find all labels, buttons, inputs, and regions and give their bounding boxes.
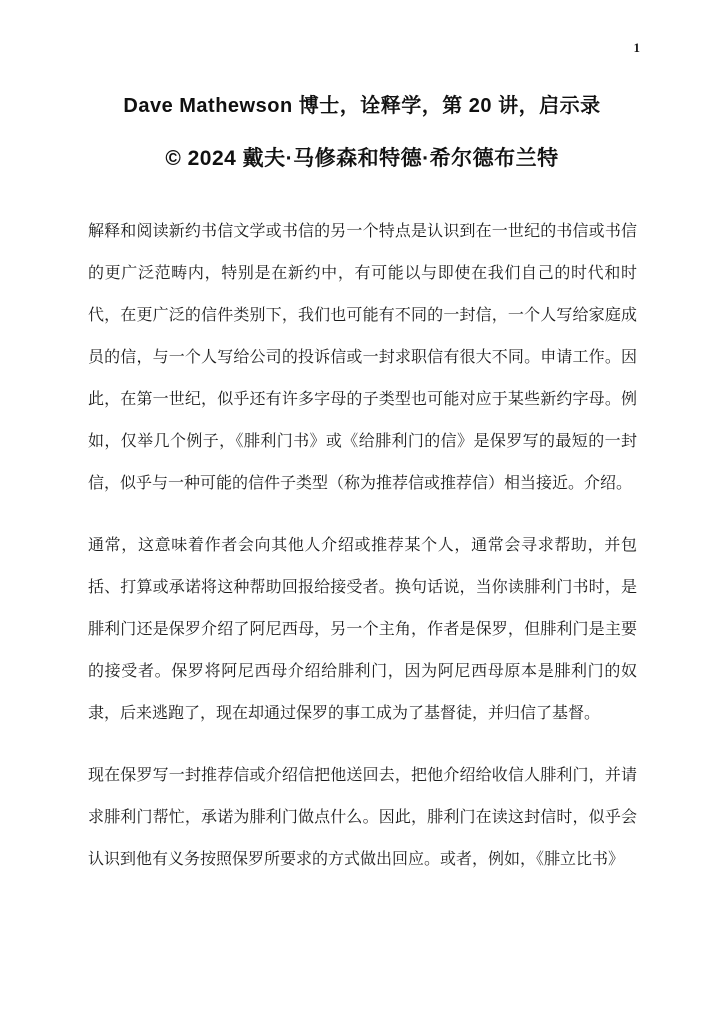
text-line: 括、打算或承诺将这种帮助回报给接受者。换句话说，当你读腓利门书时，是: [88, 567, 637, 609]
page-number: 1: [634, 40, 641, 56]
text-line: 认识到他有义务按照保罗所要求的方式做出回应。或者，例如，《腓立比书》: [88, 839, 637, 881]
text-line: 通常，这意味着作者会向其他人介绍或推荐某个人，通常会寻求帮助，并包: [88, 525, 637, 567]
paragraph-3: 现在保罗写一封推荐信或介绍信把他送回去，把他介绍给收信人腓利门，并请 求腓利门帮…: [88, 755, 637, 881]
text-line: 如，仅举几个例子，《腓利门书》或《给腓利门的信》是保罗写的最短的一封: [88, 421, 637, 463]
copyright-line: © 2024 戴夫·马修森和特德·希尔德布兰特: [40, 142, 684, 172]
paragraph-1: 解释和阅读新约书信文学或书信的另一个特点是认识到在一世纪的书信或书信 的更广泛范…: [88, 211, 637, 505]
document-body: 解释和阅读新约书信文学或书信的另一个特点是认识到在一世纪的书信或书信 的更广泛范…: [88, 211, 637, 901]
text-line: 的更广泛范畴内，特别是在新约中，有可能以与即使在我们自己的时代和时: [88, 253, 637, 295]
text-line: 求腓利门帮忙，承诺为腓利门做点什么。因此，腓利门在读这封信时，似乎会: [88, 797, 637, 839]
text-line: 信，似乎与一种可能的信件子类型（称为推荐信或推荐信）相当接近。介绍。: [88, 463, 637, 505]
paragraph-2: 通常，这意味着作者会向其他人介绍或推荐某个人，通常会寻求帮助，并包 括、打算或承…: [88, 525, 637, 735]
text-line: 现在保罗写一封推荐信或介绍信把他送回去，把他介绍给收信人腓利门，并请: [88, 755, 637, 797]
text-line: 解释和阅读新约书信文学或书信的另一个特点是认识到在一世纪的书信或书信: [88, 211, 637, 253]
document-page: 1 Dave Mathewson 博士，诠释学，第 20 讲，启示录 © 202…: [0, 0, 724, 1024]
document-title: Dave Mathewson 博士，诠释学，第 20 讲，启示录: [40, 89, 684, 118]
text-line: 代，在更广泛的信件类别下，我们也可能有不同的一封信，一个人写给家庭成: [88, 295, 637, 337]
text-line: 隶，后来逃跑了，现在却通过保罗的事工成为了基督徒，并归信了基督。: [88, 693, 637, 735]
text-line: 的接受者。保罗将阿尼西母介绍给腓利门，因为阿尼西母原本是腓利门的奴: [88, 651, 637, 693]
text-line: 腓利门还是保罗介绍了阿尼西母，另一个主角，作者是保罗，但腓利门是主要: [88, 609, 637, 651]
text-line: 此，在第一世纪，似乎还有许多字母的子类型也可能对应于某些新约字母。例: [88, 379, 637, 421]
text-line: 员的信，与一个人写给公司的投诉信或一封求职信有很大不同。申请工作。因: [88, 337, 637, 379]
